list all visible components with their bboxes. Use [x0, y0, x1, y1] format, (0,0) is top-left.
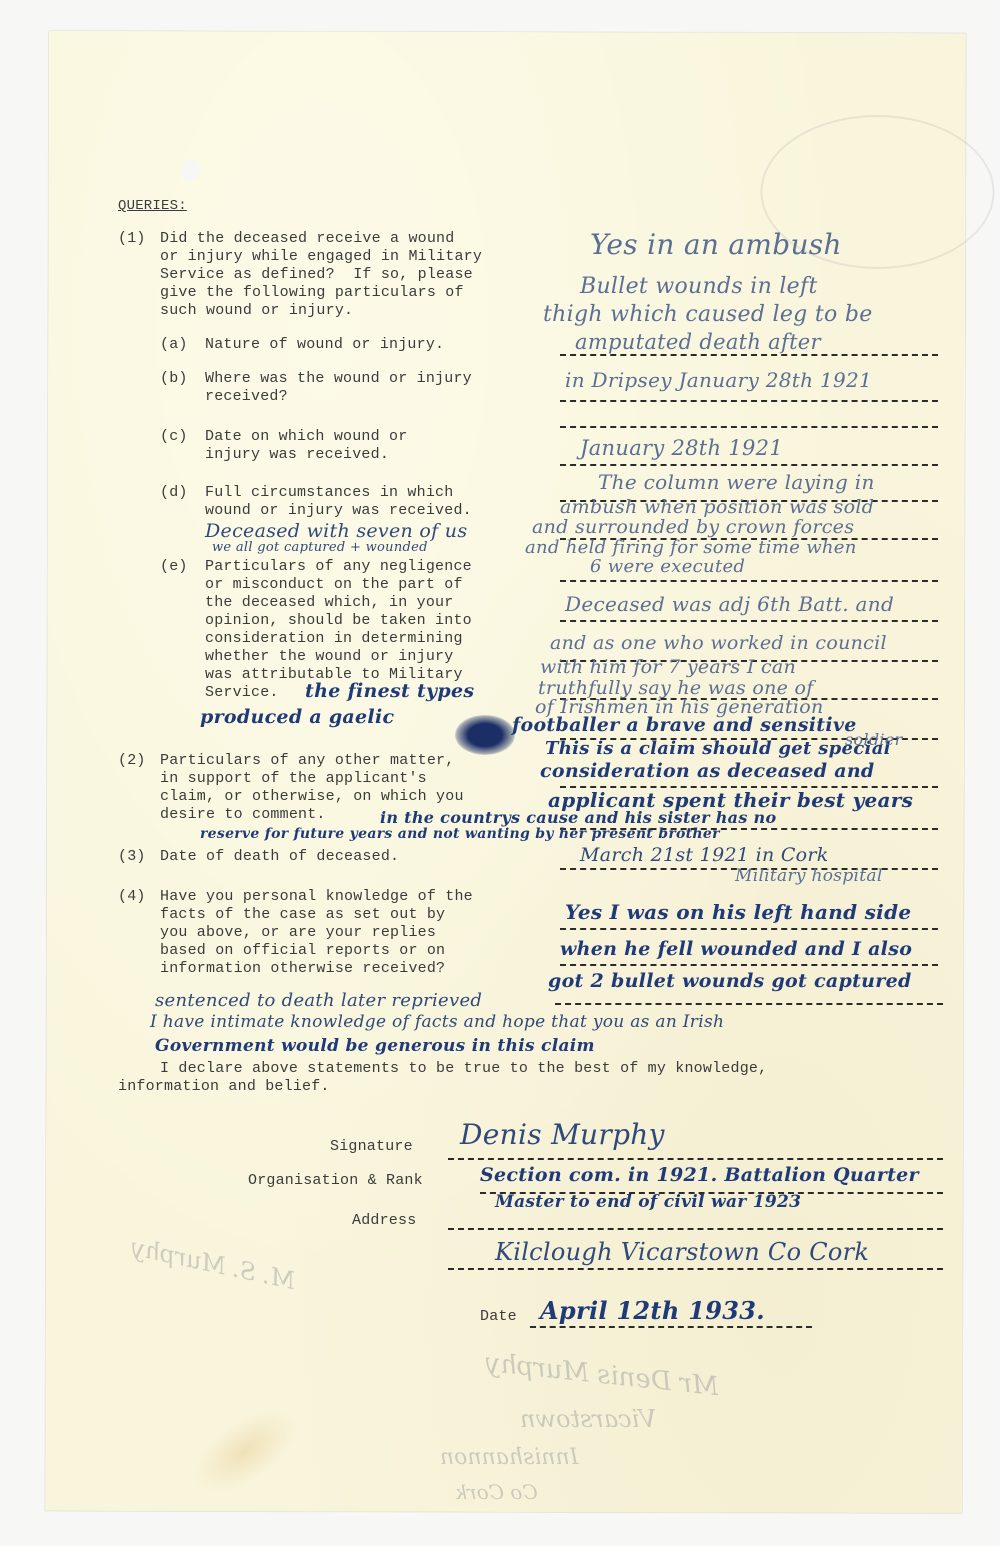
q2-answer-6: reserve for future years and not wanting…	[200, 826, 720, 842]
q1e-line-8: Service.	[205, 684, 279, 702]
declaration-line-2: information and belief.	[118, 1078, 330, 1096]
answer-line	[560, 620, 938, 622]
q3-answer-1: March 21st 1921 in Cork	[580, 844, 829, 866]
q2-line-4: desire to comment.	[160, 806, 326, 824]
answer-line	[560, 400, 938, 402]
q1b-line-1: Where was the wound or injury	[205, 370, 472, 388]
reverse-bleed-3: Vicarstown	[520, 1405, 656, 1433]
q1a-label: (a)	[160, 336, 188, 354]
q4-line-3: you above, or are your replies	[160, 924, 436, 942]
answer-line	[560, 354, 938, 356]
answer-line	[560, 464, 938, 466]
q1d-margin-note-1: Deceased with seven of us	[205, 520, 467, 542]
q1-line-2: or injury while engaged in Military	[160, 248, 482, 266]
q1b-line-2: received?	[205, 388, 288, 406]
q1d-answer-2: ambush when position was sold	[560, 496, 874, 518]
q2-number: (2)	[118, 752, 146, 770]
queries-heading: QUERIES:	[118, 198, 187, 216]
q1a-answer-3: amputated death after	[575, 330, 821, 354]
q1d-answer-5: 6 were executed	[590, 556, 745, 577]
q1-line-1: Did the deceased receive a wound	[160, 230, 454, 248]
address-line-2	[448, 1268, 943, 1270]
address-line-1	[448, 1228, 943, 1230]
q1e-label: (e)	[160, 558, 188, 576]
q1e-answer-1: Deceased was adj 6th Batt. and	[565, 592, 894, 616]
q4-answer-5: I have intimate knowledge of facts and h…	[150, 1012, 724, 1032]
q1d-answer-4: and held firing for some time when	[525, 537, 857, 558]
q4-answer-4: sentenced to death later reprieved	[155, 990, 482, 1011]
q1e-continuation-1: the finest types	[305, 680, 474, 702]
q2-line-2: in support of the applicant's	[160, 770, 427, 788]
q1e-line-2: or misconduct on the part of	[205, 576, 463, 594]
q1a-answer-2: thigh which caused leg to be	[543, 302, 873, 327]
answer-line	[560, 928, 938, 930]
punch-hole	[182, 159, 200, 181]
organisation-line	[480, 1192, 943, 1194]
q1c-answer: January 28th 1921	[580, 436, 783, 460]
q1a-answer-1: Bullet wounds in left	[580, 274, 818, 299]
organisation-value-2: Master to end of civil war 1923	[495, 1192, 801, 1212]
declaration-line-1: I declare above statements to be true to…	[160, 1060, 767, 1078]
q3-number: (3)	[118, 848, 146, 866]
signature-line	[448, 1158, 943, 1160]
date-line	[530, 1326, 812, 1328]
q4-answer-3: got 2 bullet wounds got captured	[548, 970, 912, 992]
q2-answer-1: This is a claim should get special	[545, 738, 891, 759]
q1e-line-6: whether the wound or injury	[205, 648, 453, 666]
q4-line-4: based on official reports or on	[160, 942, 445, 960]
q1e-line-4: opinion, should be taken into	[205, 612, 472, 630]
reverse-bleed-4: Innishannon	[440, 1445, 578, 1470]
signature-value: Denis Murphy	[460, 1118, 665, 1151]
q1e-line-3: the deceased which, in your	[205, 594, 453, 612]
q1d-answer-3: and surrounded by crown forces	[532, 516, 854, 538]
answer-line	[560, 580, 938, 582]
address-label: Address	[352, 1212, 416, 1230]
q1d-answer-1: The column were laying in	[598, 470, 875, 494]
q1d-label: (d)	[160, 484, 188, 502]
q1b-label: (b)	[160, 370, 188, 388]
answer-line	[555, 1003, 943, 1005]
q1c-line-1: Date on which wound or	[205, 428, 407, 446]
q4-answer-2: when he fell wounded and I also	[560, 938, 912, 960]
paper-stain	[179, 1392, 312, 1510]
q4-answer-1: Yes I was on his left hand side	[565, 900, 911, 924]
q2-line-3: claim, or otherwise, on which you	[160, 788, 464, 806]
q4-line-5: information otherwise received?	[160, 960, 445, 978]
q4-line-1: Have you personal knowledge of the	[160, 888, 473, 906]
q2-answer-3: consideration as deceased and	[540, 760, 875, 782]
q1-line-5: such wound or injury.	[160, 302, 353, 320]
q1e-answer-3: with him for 7 years I can	[540, 656, 796, 678]
q3-line-1: Date of death of deceased.	[160, 848, 399, 866]
date-label: Date	[480, 1308, 517, 1326]
q1-answer: Yes in an ambush	[590, 228, 842, 261]
answer-line	[560, 426, 938, 428]
q1c-label: (c)	[160, 428, 188, 446]
address-value: Kilclough Vicarstown Co Cork	[495, 1238, 869, 1266]
organisation-value-1: Section com. in 1921. Battalion Quarter	[480, 1164, 919, 1186]
q1e-continuation-2: produced a gaelic	[200, 706, 394, 728]
ink-blot	[455, 715, 515, 755]
signature-label: Signature	[330, 1138, 413, 1156]
q1c-line-2: injury was received.	[205, 446, 389, 464]
q4-line-2: facts of the case as set out by	[160, 906, 445, 924]
reverse-bleed-5: Co Cork	[455, 1480, 538, 1504]
q1d-margin-note-2: we all got captured + wounded	[212, 540, 428, 555]
q1e-answer-2: and as one who worked in council	[550, 632, 887, 654]
q3-answer-2: Military hospital	[735, 866, 883, 886]
answer-line	[560, 964, 938, 966]
q1a-line-1: Nature of wound or injury.	[205, 336, 444, 354]
date-value: April 12th 1933.	[540, 1296, 765, 1325]
q1-line-3: Service as defined? If so, please	[160, 266, 473, 284]
organisation-label: Organisation & Rank	[248, 1172, 423, 1190]
q2-line-1: Particulars of any other matter,	[160, 752, 454, 770]
q4-answer-6: Government would be generous in this cla…	[155, 1036, 595, 1056]
q1b-answer: in Dripsey January 28th 1921	[565, 368, 872, 392]
q1e-line-5: consideration in determining	[205, 630, 463, 648]
q4-number: (4)	[118, 888, 146, 906]
q1e-answer-6: footballer a brave and sensitive	[512, 714, 857, 736]
q1e-line-1: Particulars of any negligence	[205, 558, 472, 576]
q1d-line-1: Full circumstances in which	[205, 484, 453, 502]
q1d-line-2: wound or injury was received.	[205, 502, 472, 520]
q1-line-4: give the following particulars of	[160, 284, 464, 302]
q2-answer-5: in the countrys cause and his sister has…	[380, 808, 776, 827]
q1-number: (1)	[118, 230, 146, 248]
q2-answer-2: soldier	[845, 730, 903, 749]
